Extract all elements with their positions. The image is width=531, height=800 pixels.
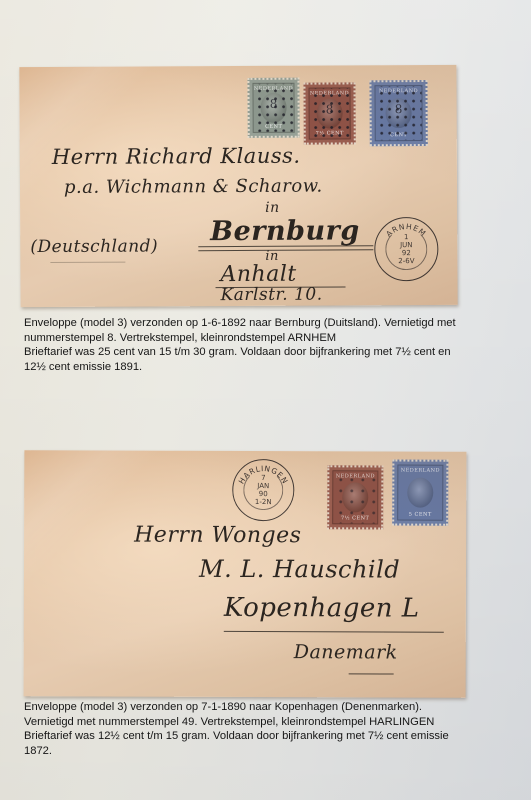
caption-line: Enveloppe (model 3) verzonden op 7-1-189… [24, 700, 519, 715]
postmark-arnhem: ARNHEM 1 JUN 92 2-6V [374, 217, 438, 281]
stamp-blue: NEDERLAND 5 CENT [392, 460, 448, 526]
postmark-harlingen: HARLINGEN 7 JAN 90 1-2N [232, 459, 294, 521]
caption-line: Vernietigd met nummerstempel 49. Vertrek… [24, 715, 519, 730]
postmark-date: 7 JAN 90 1-2N [255, 474, 272, 506]
cancel-number: 8 [270, 97, 278, 111]
address-line-street: Karlstr. 10. [221, 285, 323, 306]
cancel-number: 8 [326, 103, 334, 117]
country-underline [50, 262, 125, 263]
caption-line: Enveloppe (model 3) verzonden op 1-6-189… [24, 316, 519, 331]
address-country-note: (Deutschland) [30, 236, 158, 257]
envelope-kopenhagen: NEDERLAND 7½ CENT NEDERLAND 5 CENT HARLI… [24, 450, 467, 698]
address-line-in: in [265, 200, 280, 216]
stamp-country-label: NEDERLAND [401, 468, 440, 474]
address-line-recipient: Herrn Wonges [134, 523, 301, 549]
stamp-brown: NEDERLAND 7½ CENT [327, 465, 383, 529]
address-line-country: Danemark [294, 641, 398, 663]
caption-envelope-2: Enveloppe (model 3) verzonden op 7-1-189… [24, 700, 519, 758]
stamp-grey: NEDERLAND CENT 8 [247, 78, 299, 138]
postmark-date: 1 JUN 92 2-6V [398, 233, 414, 265]
caption-line: 12½ cent emissie 1891. [24, 360, 519, 375]
address-line-region: Anhalt [220, 262, 296, 287]
stamp-value: 5 CENT [409, 512, 432, 518]
address-line-care-of: p.a. Wichmann & Scharow. [64, 176, 323, 198]
caption-line: Brieftarief was 12½ cent t/m 15 gram. Vo… [24, 729, 519, 744]
address-line-city: Kopenhagen L [224, 593, 420, 624]
caption-line: Brieftarief was 25 cent van 15 t/m 30 gr… [24, 345, 519, 360]
city-underline [224, 631, 444, 633]
caption-line: nummerstempel 8. Vertrekstempel, kleinro… [24, 331, 519, 346]
caption-line: 1872. [24, 744, 519, 759]
stamp-brown: NEDERLAND 7½ CENT 8 [303, 82, 355, 144]
address-line-city: Bernburg [210, 215, 360, 247]
address-line-recipient: Herrn Richard Klauss. [52, 144, 301, 169]
caption-envelope-1: Enveloppe (model 3) verzonden op 1-6-189… [24, 316, 519, 374]
envelope-bernburg: NEDERLAND CENT 8 NEDERLAND 7½ CENT 8 NED… [19, 65, 457, 307]
city-underline [198, 245, 373, 247]
stamp-portrait [407, 478, 433, 508]
country-underline [349, 673, 394, 674]
city-underline-2 [198, 249, 373, 251]
dotted-cancel-icon [333, 471, 377, 523]
cancel-number: 8 [395, 102, 403, 116]
stamp-blue: NEDERLAND CENT 8 [369, 80, 427, 146]
address-line-name: M. L. Hauschild [199, 555, 400, 584]
